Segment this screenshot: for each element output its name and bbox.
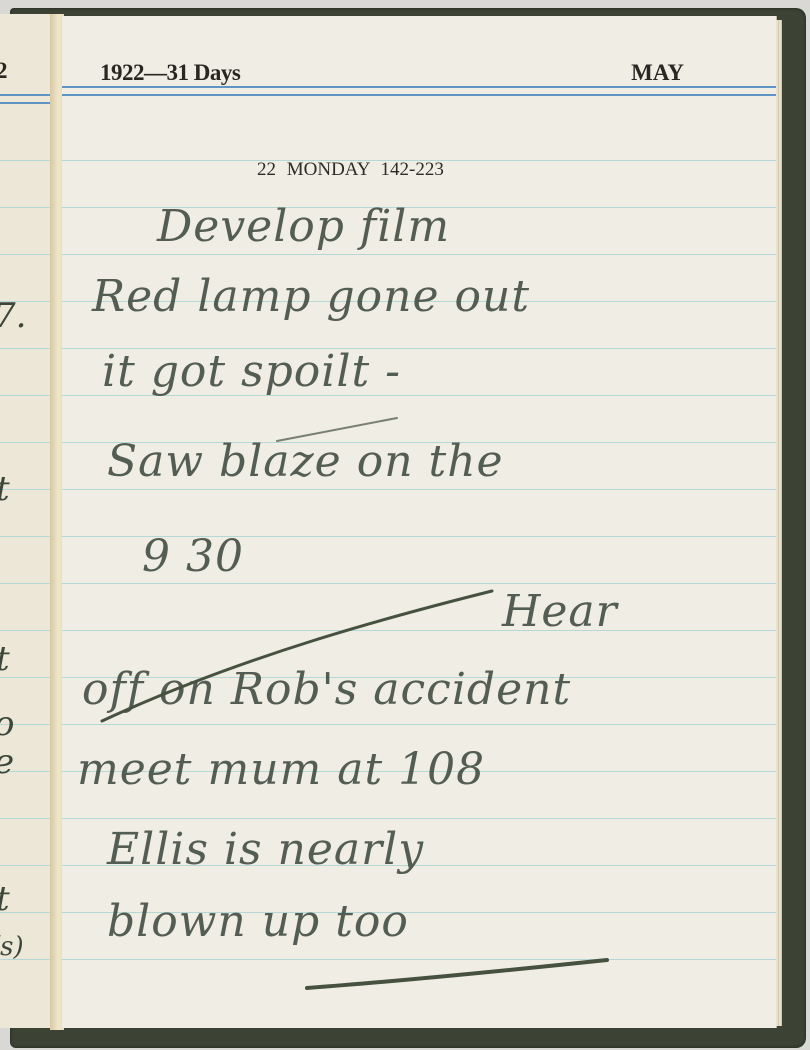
ruled-line xyxy=(0,395,52,396)
ruled-line xyxy=(0,583,52,584)
header-rule xyxy=(0,102,52,104)
ruled-line xyxy=(0,630,52,631)
header-rule xyxy=(0,94,52,96)
ruled-line xyxy=(0,442,52,443)
ruled-line xyxy=(0,536,52,537)
strike-line xyxy=(102,591,492,721)
ruled-line xyxy=(0,254,52,255)
left-handwriting-fragment: t xyxy=(0,879,10,919)
ruled-line xyxy=(0,348,52,349)
left-handwriting-fragment: t xyxy=(0,639,10,679)
left-handwriting-fragment: (s) xyxy=(0,932,24,962)
stray-stroke xyxy=(277,418,397,441)
ruled-line xyxy=(0,818,52,819)
left-handwriting-fragment: e xyxy=(0,742,14,782)
ruled-line xyxy=(0,160,52,161)
right-page: 1922—31 Days MAY 22 MONDAY 142-223 Devel… xyxy=(62,16,777,1028)
left-page-header-fragment: 2 xyxy=(0,58,8,84)
page-edges xyxy=(776,20,782,1026)
left-page: 2 7. t t o e t (s) xyxy=(0,14,53,1028)
left-handwriting-fragment: 7. xyxy=(0,296,26,336)
underline-stroke xyxy=(307,960,607,988)
pen-strokes xyxy=(62,16,776,1028)
ruled-line xyxy=(0,865,52,866)
ruled-line xyxy=(0,207,52,208)
left-handwriting-fragment: t xyxy=(0,469,10,509)
left-handwriting-fragment: o xyxy=(0,704,14,744)
